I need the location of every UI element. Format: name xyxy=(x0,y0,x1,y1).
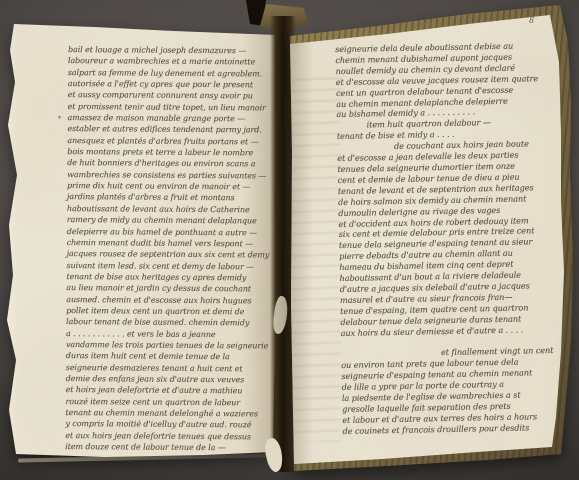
manuscript-line: ausmed. chemin et d'escosse aux hoirs hu… xyxy=(66,294,271,307)
manuscript-line: bois montans prets et terre a labeur le … xyxy=(67,146,272,159)
manuscript-line: amassez de maison manable grange porte — xyxy=(67,112,272,125)
manuscript-line: chemin menant dudit bis hamel vers lespo… xyxy=(67,237,272,250)
manuscript-line: delepierre au bis hamel de ponthuant a a… xyxy=(67,225,272,238)
manuscript-line: ramery de midy au chemin menant delaplan… xyxy=(67,214,272,227)
manuscript-line: et aux hoirs jean delefortrie tenues que… xyxy=(65,430,270,443)
manuscript-line: jardins plantés d'arbres a fruit et mont… xyxy=(67,191,272,204)
left-page: * bail et louage a michel joseph desmazu… xyxy=(4,22,281,462)
manuscript-line: wambrechies se consistens es parties sui… xyxy=(67,169,272,182)
manuscript-line: establer et autres edifices tendenant pa… xyxy=(67,123,272,136)
manuscript-line: et hoirs jean delefortrie et d'autre a m… xyxy=(66,384,271,397)
manuscript-line: suivant item lesd. six cent et demy de l… xyxy=(66,260,271,273)
manuscript-line: au lieu manoir et jardin cy dessus de co… xyxy=(66,282,271,295)
manuscript-line: tenant au chemin menant delelonghé a waz… xyxy=(65,407,270,420)
margin-mark: * xyxy=(58,115,62,123)
left-page-text: bail et louage a michel joseph desmazure… xyxy=(65,44,273,454)
manuscript-line: de huit bonniers d'heritages ou environ … xyxy=(67,157,272,170)
manuscript-line: bail et louage a michel joseph desmazure… xyxy=(68,44,273,57)
manuscript-line: y compris la moitié d'icelluy d'autre au… xyxy=(65,418,270,431)
manuscript-line: seigneurie desmazieres tenant a huit cen… xyxy=(66,362,271,375)
manuscript-line: jacques rousez de septentrion aux six ce… xyxy=(66,248,271,261)
manuscript-line: haboutissant de levant aux hoirs de Cath… xyxy=(67,203,272,216)
manuscript-line: item douze cent de labour tenue de la — xyxy=(65,441,270,454)
manuscript-line: et aussy comparurent connurent ansy avoi… xyxy=(68,89,273,102)
paper-texture xyxy=(4,22,281,462)
page-number: 8 xyxy=(529,16,534,25)
manuscript-line: labour tenant de bise ausmed. chemin dem… xyxy=(66,316,271,329)
manuscript-line: anesquez et plantés d'arbres fruits port… xyxy=(67,135,272,148)
manuscript-line: et promissent tenir aud titre topet, un … xyxy=(68,101,273,114)
manuscript-line: prime dix huit cent ou environ de manoir… xyxy=(67,180,272,193)
manuscript-line: pollet item deux cent un quartron et dem… xyxy=(66,305,271,318)
manuscript-line: vandamme les trois parties tenues de la … xyxy=(66,339,271,352)
manuscript-scan: * bail et louage a michel joseph desmazu… xyxy=(0,0,579,480)
ink-bleedthrough xyxy=(291,72,341,442)
right-page-wrap: 8 seigneurie dela deule aboutissant debi… xyxy=(287,2,579,478)
manuscript-line: rouzé item seize cent un quartron de lab… xyxy=(65,396,270,409)
manuscript-line: laboureur a wambrechies et a marie antoi… xyxy=(68,55,273,68)
right-page-text: seigneurie dela deule aboutissant debise… xyxy=(335,40,576,437)
right-page: 8 seigneurie dela deule aboutissant debi… xyxy=(287,2,579,478)
manuscript-line: autorisée a l'effet cy apres que pour le… xyxy=(68,78,273,91)
manuscript-line: demie des enfans jean six d'autre aux ve… xyxy=(66,373,271,386)
manuscript-line: salpart sa femme de luy denement et agre… xyxy=(68,67,273,80)
manuscript-line: tenant de bise aux heritages cy apres de… xyxy=(66,271,271,284)
manuscript-line: duras item huit cent et demie tenue de l… xyxy=(66,350,271,363)
manuscript-line: a . . . . . . . . . . . et vers le bas a… xyxy=(66,328,271,341)
